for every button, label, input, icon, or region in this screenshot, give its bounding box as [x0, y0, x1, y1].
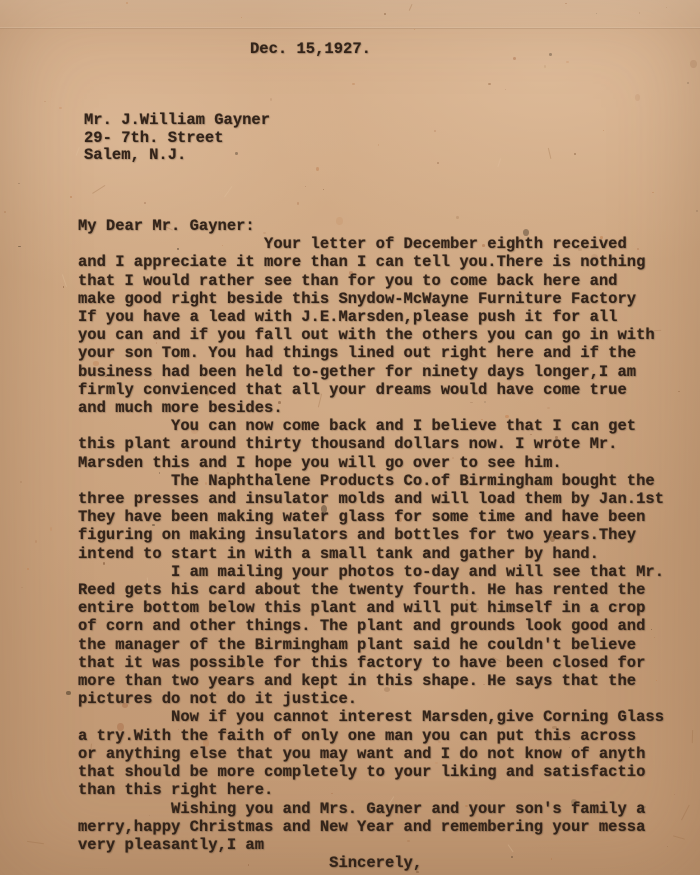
paper-speck	[513, 57, 516, 60]
letter-line: of corn and other things. The plant and …	[78, 617, 700, 635]
letter-line: the manager of the Birmingham plant said…	[78, 636, 700, 654]
body-paragraphs: Your letter of December eighth receiveda…	[78, 235, 700, 854]
paper-speck	[696, 210, 698, 211]
letter-line: or anything else that you may want and I…	[78, 745, 700, 763]
paper-speck	[505, 89, 506, 90]
paper-speck	[652, 192, 653, 193]
paper-speck	[20, 481, 22, 483]
letter-line: business had been held to-gether for nin…	[78, 363, 700, 381]
letter-line: You can now come back and I believe that…	[78, 417, 700, 435]
paper-fiber	[76, 147, 80, 156]
paper-speck	[434, 130, 436, 132]
paper-fiber	[497, 159, 501, 167]
paper-speck	[316, 167, 319, 171]
paper-speck	[639, 12, 640, 14]
paper-speck	[18, 183, 20, 184]
paper-speck	[687, 82, 689, 83]
date-line: Dec. 15,1927.	[250, 40, 371, 58]
paper-speck	[549, 53, 552, 56]
paper-speck	[635, 94, 640, 101]
letter-line: and I appreciate it more than I can tell…	[78, 253, 700, 271]
letter-paper: Dec. 15,1927. Mr. J.William Gayner 29- 7…	[0, 0, 700, 875]
letter-line: you can and if you fall out with the oth…	[78, 326, 700, 344]
paper-speck	[384, 13, 385, 15]
paper-speck	[378, 144, 380, 146]
paper-fiber	[224, 186, 232, 197]
letter-line: Wishing you and Mrs. Gayner and your son…	[78, 800, 700, 818]
letter-line: three presses and insulator molds and wi…	[78, 490, 700, 508]
letter-line: intend to start in with a small tank and…	[78, 545, 700, 563]
paper-speck	[66, 691, 71, 695]
paper-speck	[544, 65, 546, 68]
paper-speck	[270, 98, 273, 102]
letter-line: The Naphthalene Products Co.of Birmingha…	[78, 472, 700, 490]
paper-fiber	[92, 185, 105, 194]
paper-speck	[437, 162, 440, 164]
paper-speck	[603, 130, 605, 131]
letter-line: entire bottom below this plant and will …	[78, 599, 700, 617]
paper-speck	[566, 61, 568, 63]
paper-speck	[352, 83, 355, 86]
crease-line	[0, 27, 700, 29]
letter-line: If you have a lead with J.E.Marsden,plea…	[78, 308, 700, 326]
letter-line: your son Tom. You had things lined out r…	[78, 344, 700, 362]
letter-line: I am mailing your photos to-day and will…	[78, 563, 700, 581]
letter-line: pictures do not do it justice.	[78, 690, 700, 708]
letter-line: that should be more completely to your l…	[78, 763, 700, 781]
paper-speck	[21, 587, 23, 588]
salutation: My Dear Mr. Gayner:	[78, 217, 700, 235]
letter-line: Reed gets his card about the twenty four…	[78, 581, 700, 599]
paper-speck	[297, 202, 299, 204]
paper-fiber	[62, 274, 67, 286]
recipient-address: Mr. J.William Gayner 29- 7th. Street Sal…	[84, 112, 270, 165]
letter-line: merry,happy Christmas and New Year and r…	[78, 818, 700, 836]
paper-speck	[144, 202, 146, 204]
paper-speck	[126, 2, 128, 4]
letter-line: that I would rather see than for you to …	[78, 272, 700, 290]
paper-speck	[27, 568, 29, 570]
letter-line: this plant around thirty thousand dollar…	[78, 435, 700, 453]
paper-speck	[35, 540, 37, 543]
letter-line: Marsden this and I hope you will go over…	[78, 454, 700, 472]
paper-speck	[574, 153, 576, 155]
paper-speck	[70, 196, 72, 198]
letter-line: that it was possible for this factory to…	[78, 654, 700, 672]
paper-speck	[59, 107, 62, 109]
paper-fiber	[548, 148, 552, 159]
address-line: Salem, N.J.	[84, 147, 270, 165]
letter-line: Now if you cannot interest Marsden,give …	[78, 708, 700, 726]
paper-speck	[50, 527, 53, 531]
paper-speck	[4, 211, 7, 213]
letter-line: a try.With the faith of only one man you…	[78, 727, 700, 745]
letter-line: make good right beside this Snydow-McWay…	[78, 290, 700, 308]
letter-line: Your letter of December eighth received	[78, 235, 700, 253]
letter-line: They have been making water glass for so…	[78, 508, 700, 526]
letter-line: very pleasantly,I am	[78, 836, 700, 854]
letter-line: figuring on making insulators and bottle…	[78, 526, 700, 544]
paper-speck	[666, 7, 667, 8]
letter-line: and much more besides.	[78, 399, 700, 417]
signoff: Sincerely,	[78, 854, 700, 872]
paper-speck	[44, 101, 46, 102]
letter-line: firmly convienced that all your dreams w…	[78, 381, 700, 399]
letter-body: My Dear Mr. Gayner: Your letter of Decem…	[78, 217, 700, 872]
paper-speck	[690, 60, 696, 68]
paper-speck	[305, 186, 306, 188]
letter-line: more than two years and kept in this sha…	[78, 672, 700, 690]
paper-speck	[323, 189, 324, 190]
paper-speck	[18, 246, 20, 248]
paper-speck	[488, 83, 490, 85]
address-line: Mr. J.William Gayner	[84, 112, 270, 130]
paper-fiber	[27, 840, 43, 843]
letter-line: than this right here.	[78, 781, 700, 799]
paper-speck	[63, 286, 64, 288]
address-line: 29- 7th. Street	[84, 130, 270, 148]
